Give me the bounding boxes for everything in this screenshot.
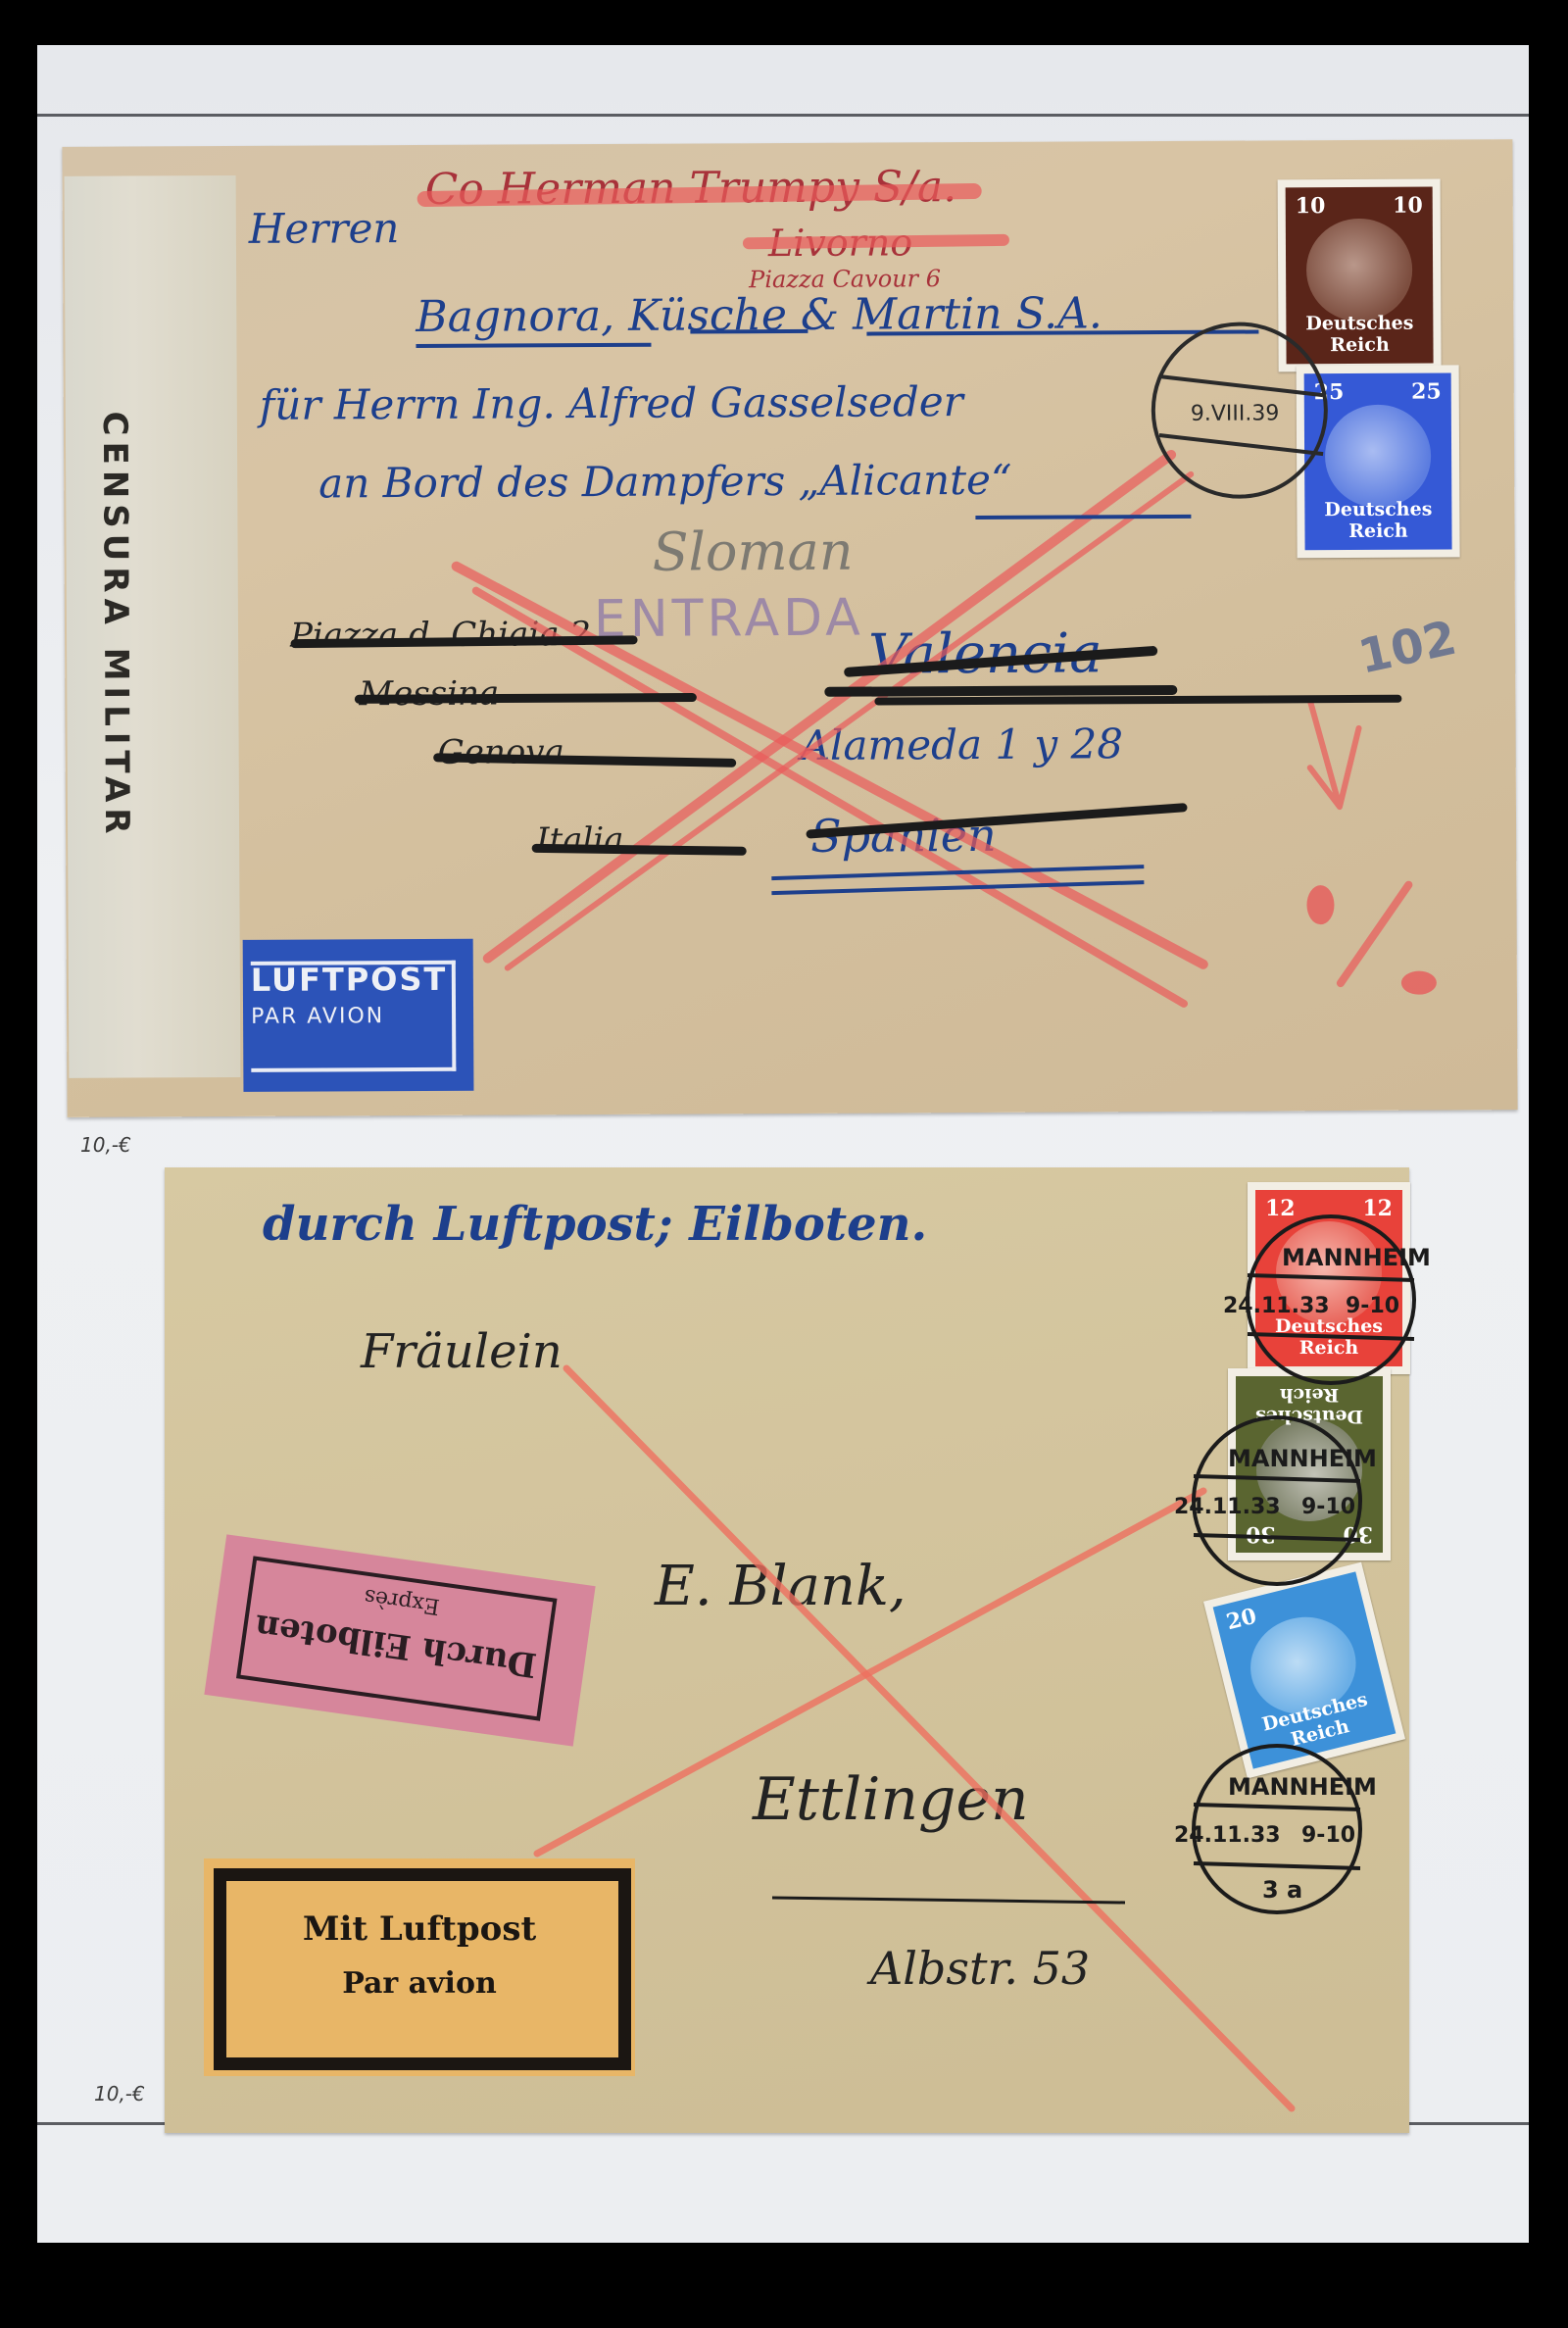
svg-text:24.11.33: 24.11.33 <box>1174 1495 1281 1519</box>
svg-text:MANNHEIM: MANNHEIM <box>1228 1445 1377 1472</box>
postmark-mannheim <box>1194 1216 1414 1912</box>
price-note-cover-2: 10,-€ <box>94 2082 145 2105</box>
svg-text:9-10: 9-10 <box>1346 1294 1399 1318</box>
svg-text:MANNHEIM: MANNHEIM <box>1228 1773 1377 1801</box>
album-top-rule <box>37 114 1529 117</box>
svg-text:9.VIII.39: 9.VIII.39 <box>1191 401 1280 425</box>
cover-2-markings: MANNHEIM MANNHEIM MANNHEIM 24.11.33 24.1… <box>165 1167 1409 2133</box>
svg-text:MANNHEIM: MANNHEIM <box>1282 1244 1431 1271</box>
svg-text:3 a: 3 a <box>1262 1876 1302 1904</box>
album-page: 10,-€ 10,-€ CENSURA MILITAR LUFTPOST PAR… <box>37 45 1529 2243</box>
svg-text:24.11.33: 24.11.33 <box>1223 1294 1330 1318</box>
svg-text:9-10: 9-10 <box>1301 1823 1355 1848</box>
cover-1-markings: 9.VIII.39 <box>62 139 1517 1117</box>
svg-text:24.11.33: 24.11.33 <box>1174 1823 1281 1848</box>
cover-2-envelope: durch Luftpost; Eilboten. Fräulein E. Bl… <box>165 1167 1409 2133</box>
cover-1-envelope: CENSURA MILITAR LUFTPOST PAR AVION 10 10… <box>62 139 1517 1117</box>
red-cross-mark <box>537 1368 1292 2108</box>
price-note-cover-1: 10,-€ <box>80 1133 131 1157</box>
svg-text:9-10: 9-10 <box>1301 1495 1355 1519</box>
